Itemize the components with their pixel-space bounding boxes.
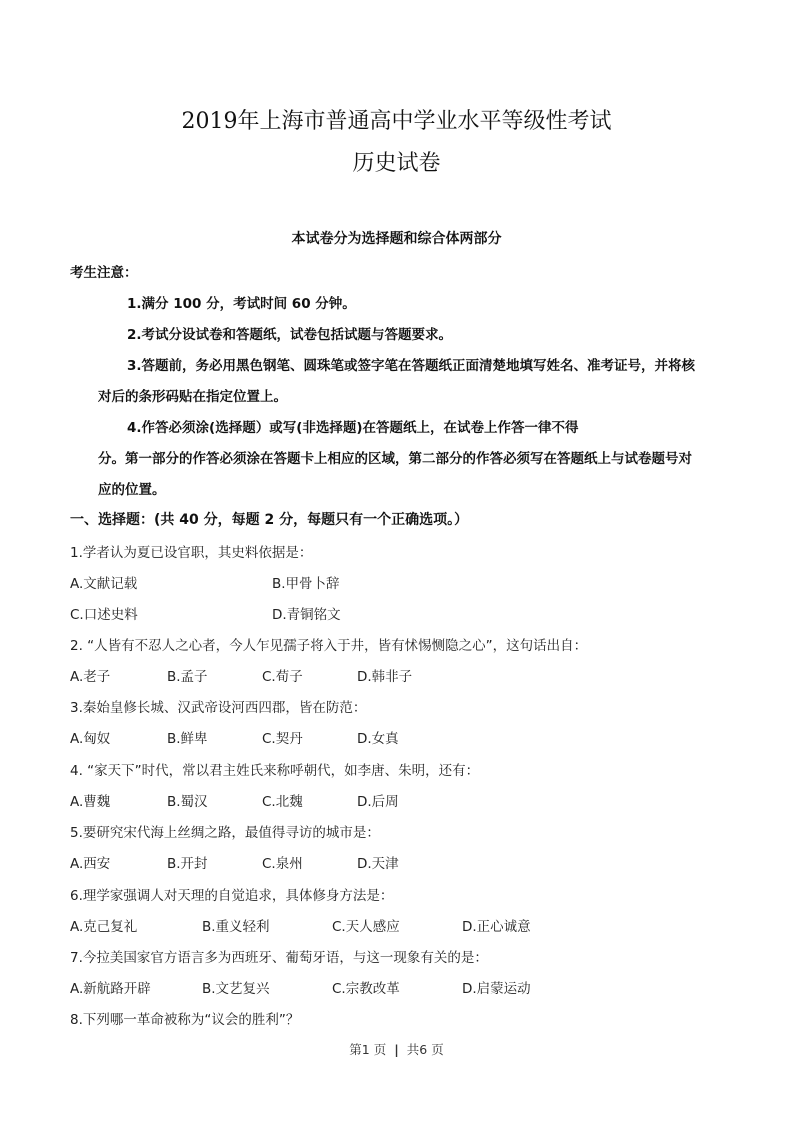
question-6-option-d: D.正心诚意 xyxy=(462,915,531,935)
exam-title: 2019年上海市普通高中学业水平等级性考试 xyxy=(0,104,793,135)
page-current: 第1 页 xyxy=(349,1042,386,1057)
question-7-option-c: C.宗教改革 xyxy=(332,977,400,997)
question-6-option-b: B.重义轻利 xyxy=(202,915,270,935)
question-stem-6: 6.理学家强调人对天理的自觉追求，具体修身方法是： xyxy=(70,884,393,904)
question-5-option-b: B.开封 xyxy=(167,852,208,872)
question-3-option-a: A.匈奴 xyxy=(70,727,110,747)
notice-item-4-cont: 分。第一部分的作答必须涂在答题卡上相应的区域，第二部分的作答必须写在答题纸上与试… xyxy=(98,447,692,467)
question-stem-5: 5.要研究宋代海上丝绸之路，最值得寻访的城市是： xyxy=(70,821,380,841)
exam-subject-title: 历史试卷 xyxy=(0,146,793,177)
question-1-option-d: D.青铜铭文 xyxy=(272,603,341,623)
question-4-option-d: D.后周 xyxy=(357,790,399,810)
question-2-option-d: D.韩非子 xyxy=(357,665,412,685)
question-5-option-c: C.泉州 xyxy=(262,852,303,872)
question-5-option-a: A.西安 xyxy=(70,852,110,872)
question-4-option-b: B.蜀汉 xyxy=(167,790,208,810)
notice-item-4: 4.作答必须涂(选择题）或写(非选择题)在答题纸上，在试卷上作答一律不得 xyxy=(127,416,579,436)
page-separator: | xyxy=(394,1042,399,1057)
question-stem-2: 2. “人皆有不忍人之心者，今人乍见孺子将入于井，皆有怵惕恻隐之心”，这句话出自… xyxy=(70,634,587,654)
question-stem-8: 8.下列哪一革命被称为“议会的胜利”？ xyxy=(70,1008,299,1028)
question-3-option-b: B.鲜卑 xyxy=(167,727,208,747)
notice-label: 考生注意： xyxy=(70,261,138,281)
question-1-option-a: A.文献记载 xyxy=(70,572,137,592)
question-2-option-b: B.孟子 xyxy=(167,665,208,685)
question-1-option-b: B.甲骨卜辞 xyxy=(272,572,340,592)
section-heading: 一、选择题：(共 40 分，每题 2 分，每题只有一个正确选项。） xyxy=(70,509,468,529)
question-4-option-c: C.北魏 xyxy=(262,790,303,810)
question-7-option-d: D.启蒙运动 xyxy=(462,977,531,997)
question-7-option-a: A.新航路开辟 xyxy=(70,977,151,997)
question-6-option-a: A.克己复礼 xyxy=(70,915,137,935)
exam-structure-note: 本试卷分为选择题和综合体两部分 xyxy=(0,228,793,248)
notice-item-2: 2.考试分设试卷和答题纸，试卷包括试题与答题要求。 xyxy=(127,323,452,343)
notice-item-3-cont: 对后的条形码贴在指定位置上。 xyxy=(98,385,287,405)
question-2-option-a: A.老子 xyxy=(70,665,110,685)
question-7-option-b: B.文艺复兴 xyxy=(202,977,270,997)
question-stem-3: 3.秦始皇修长城、汉武帝设河西四郡，皆在防范： xyxy=(70,696,366,716)
question-stem-7: 7.今拉美国家官方语言多为西班牙、葡萄牙语，与这一现象有关的是： xyxy=(70,946,488,966)
question-1-option-c: C.口述史料 xyxy=(70,603,138,623)
page-total: 共6 页 xyxy=(407,1042,444,1057)
notice-item-1: 1.满分 100 分，考试时间 60 分钟。 xyxy=(127,292,356,312)
question-2-option-c: C.荀子 xyxy=(262,665,303,685)
notice-item-3: 3.答题前，务必用黑色钢笔、圆珠笔或签字笔在答题纸正面清楚地填写姓名、准考证号，… xyxy=(127,354,695,374)
notice-item-4-end: 应的位置。 xyxy=(98,478,166,498)
question-5-option-d: D.天津 xyxy=(357,852,399,872)
question-6-option-c: C.天人感应 xyxy=(332,915,400,935)
question-stem-4: 4. “家天下”时代，常以君主姓氏来称呼朝代，如李唐、朱明，还有： xyxy=(70,759,479,779)
question-stem-1: 1.学者认为夏已设官职，其史料依据是： xyxy=(70,541,312,561)
page-footer: 第1 页|共6 页 xyxy=(0,1040,793,1058)
question-3-option-c: C.契丹 xyxy=(262,727,303,747)
question-3-option-d: D.女真 xyxy=(357,727,399,747)
question-4-option-a: A.曹魏 xyxy=(70,790,110,810)
